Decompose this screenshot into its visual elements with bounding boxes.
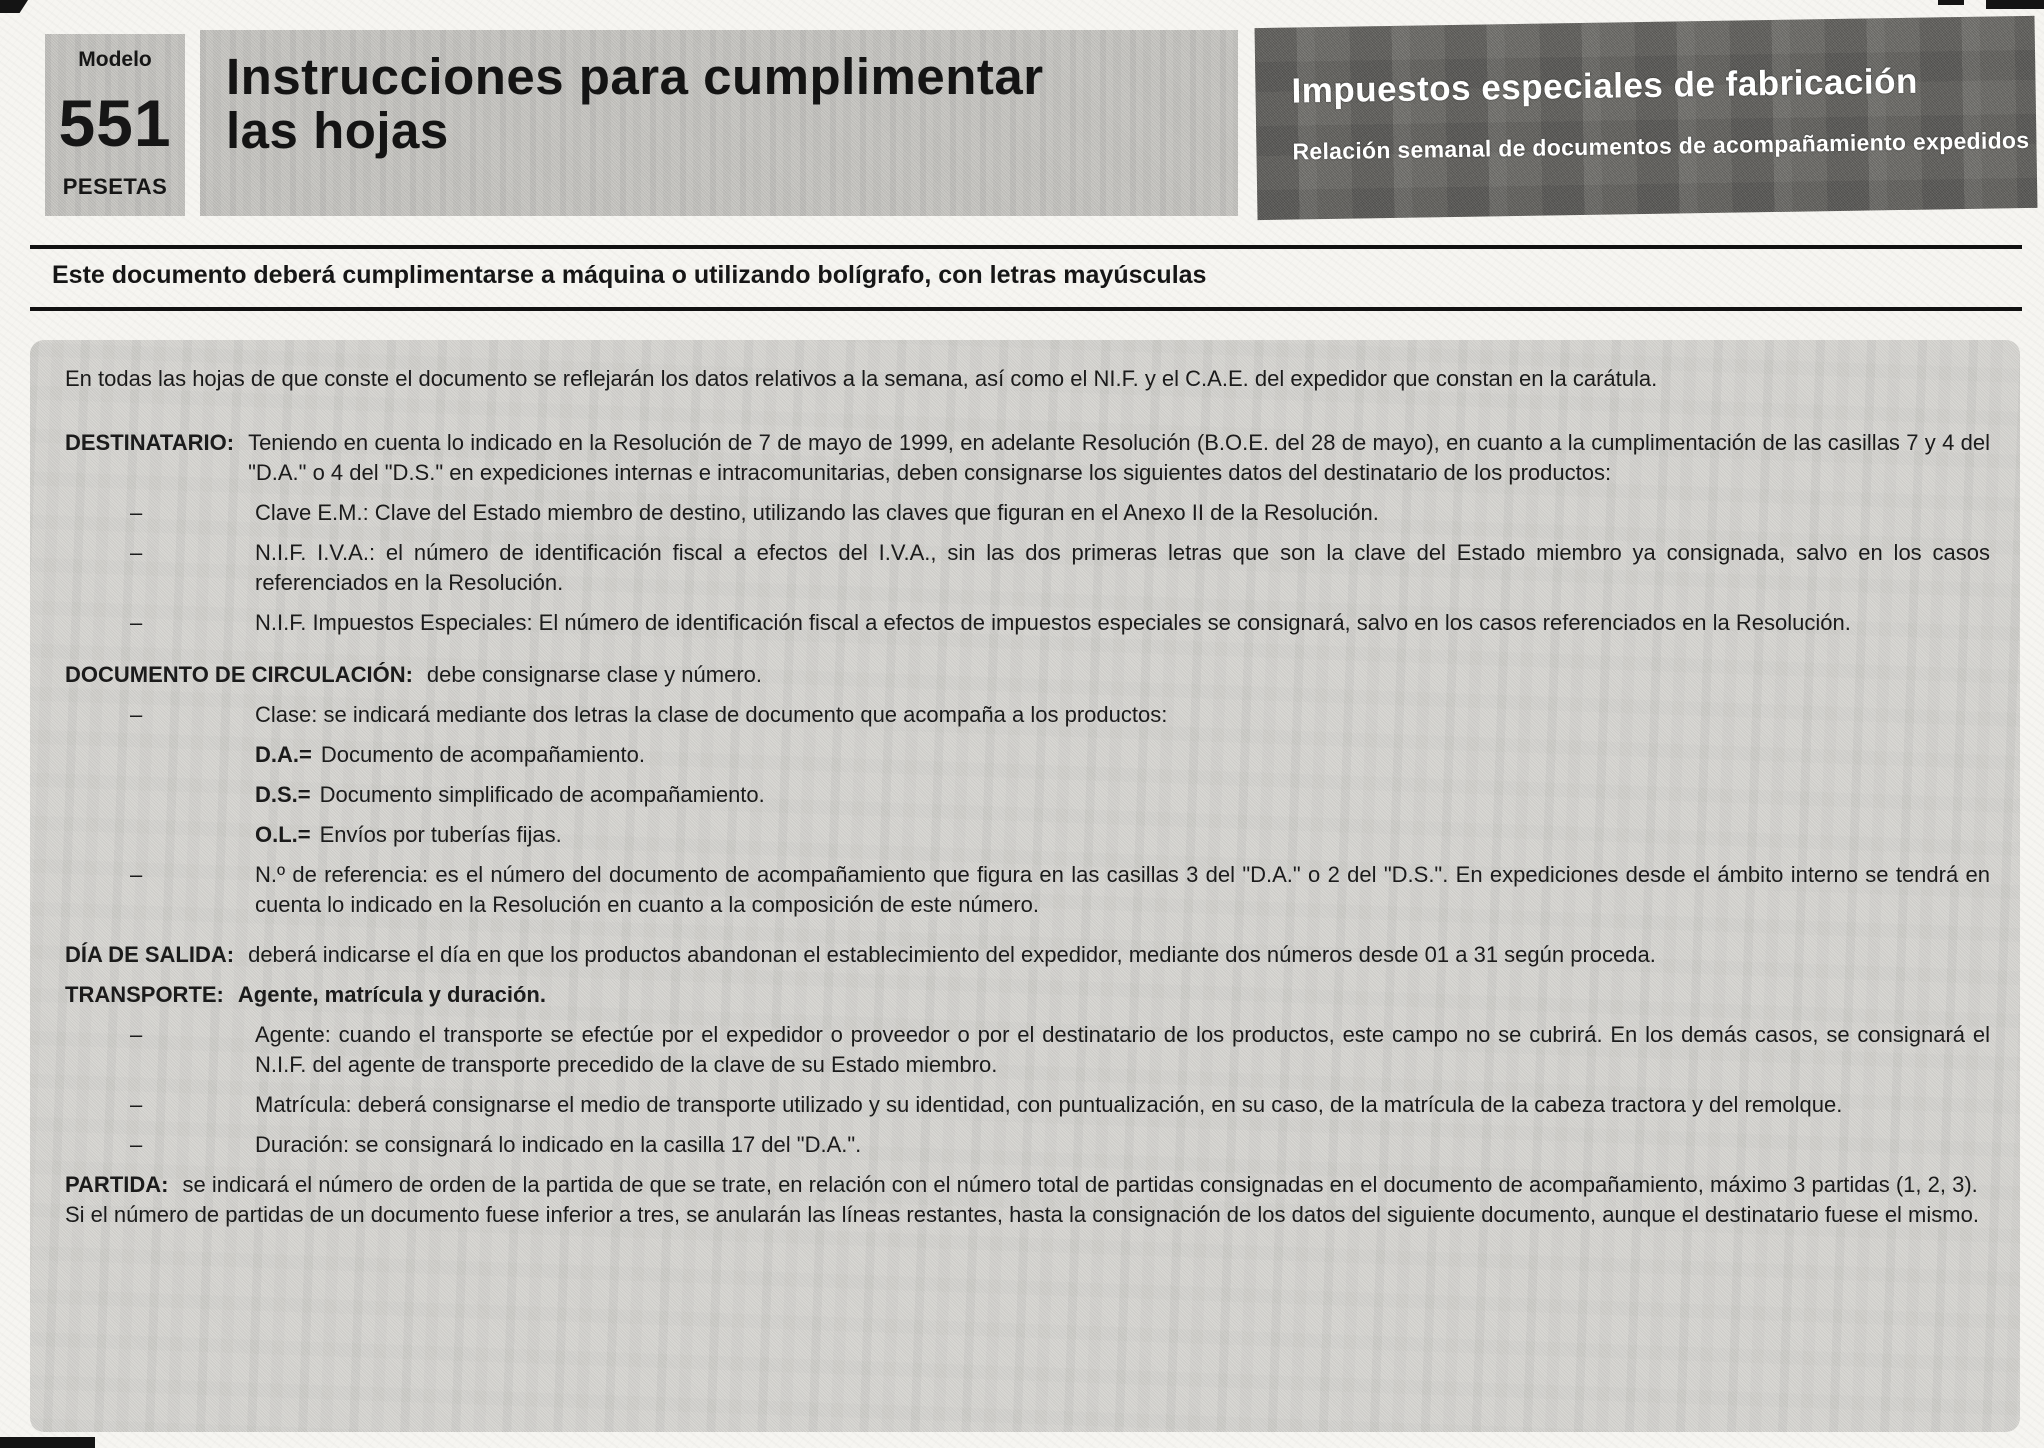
definition-da: D.A.=Documento de acompañamiento. xyxy=(255,740,1990,770)
bullet-text: N.I.F. I.V.A.: el número de identificaci… xyxy=(255,538,1990,598)
definition-ds: D.S.=Documento simplificado de acompañam… xyxy=(255,780,1990,810)
bullet-text: Clave E.M.: Clave del Estado miembro de … xyxy=(255,498,1990,528)
definition-term: O.L.= xyxy=(255,822,311,847)
section-label: TRANSPORTE: xyxy=(65,980,224,1010)
section-text: se indicará el número de orden de la par… xyxy=(182,1170,1990,1200)
bullet-matricula: – Matrícula: deberá consignarse el medio… xyxy=(130,1090,1990,1120)
section-documento-circulacion: DOCUMENTO DE CIRCULACIÓN: debe consignar… xyxy=(65,660,1990,690)
bullet-text: N.I.F. Impuestos Especiales: El número d… xyxy=(255,608,1990,638)
section-label: PARTIDA: xyxy=(65,1170,168,1200)
bullet-dash: – xyxy=(130,498,255,528)
divider-line-top xyxy=(30,245,2022,249)
section-text: Agente, matrícula y duración. xyxy=(238,980,1990,1010)
bullet-dash: – xyxy=(130,700,255,730)
tax-title: Impuestos especiales de fabricación xyxy=(1291,60,2036,112)
model-label: Modelo xyxy=(78,48,152,72)
bullet-duracion: – Duración: se consignará lo indicado en… xyxy=(130,1130,1990,1160)
tax-banner: Impuestos especiales de fabricación Rela… xyxy=(1255,16,2038,220)
bullet-dash: – xyxy=(130,1090,255,1120)
bullet-agente: – Agente: cuando el transporte se efectú… xyxy=(130,1020,1990,1080)
bullet-text: Duración: se consignará lo indicado en l… xyxy=(255,1130,1990,1160)
currency-label: PESETAS xyxy=(63,174,168,200)
scan-artifact-top-right-small xyxy=(1938,0,1964,5)
title-banner: Instrucciones para cumplimentar las hoja… xyxy=(200,30,1238,216)
bullet-clase: – Clase: se indicará mediante dos letras… xyxy=(130,700,1990,730)
section-label: DÍA DE SALIDA: xyxy=(65,940,234,970)
bullet-dash: – xyxy=(130,1130,255,1160)
bullet-dash: – xyxy=(130,608,255,638)
definition-term: D.A.= xyxy=(255,742,312,767)
divider-line-bottom xyxy=(30,307,2022,311)
model-number: 551 xyxy=(58,90,171,156)
definition-text: Documento de acompañamiento. xyxy=(321,742,645,767)
section-text: deberá indicarse el día en que los produ… xyxy=(248,940,1990,970)
definition-term: D.S.= xyxy=(255,782,311,807)
partida-continuation: Si el número de partidas de un documento… xyxy=(65,1200,1990,1230)
bullet-nif-impuestos: – N.I.F. Impuestos Especiales: El número… xyxy=(130,608,1990,638)
section-destinatario: DESTINATARIO: Teniendo en cuenta lo indi… xyxy=(65,428,1990,488)
bullet-text: Agente: cuando el transporte se efectúe … xyxy=(255,1020,1990,1080)
scan-artifact-bottom-left xyxy=(0,1437,95,1448)
bullet-text: N.º de referencia: es el número del docu… xyxy=(255,860,1990,920)
page-title: Instrucciones para cumplimentar las hoja… xyxy=(226,50,1106,158)
tax-subtitle: Relación semanal de documentos de acompa… xyxy=(1292,127,2036,166)
bullet-nif-iva: – N.I.F. I.V.A.: el número de identifica… xyxy=(130,538,1990,598)
bullet-dash: – xyxy=(130,1020,255,1080)
definition-ol: O.L.=Envíos por tuberías fijas. xyxy=(255,820,1990,850)
instructions-panel: En todas las hojas de que conste el docu… xyxy=(30,340,2020,1432)
section-dia-de-salida: DÍA DE SALIDA: deberá indicarse el día e… xyxy=(65,940,1990,970)
bullet-dash: – xyxy=(130,538,255,598)
scan-artifact-top-left xyxy=(0,0,28,13)
bullet-text: Matrícula: deberá consignarse el medio d… xyxy=(255,1090,1990,1120)
definition-text: Envíos por tuberías fijas. xyxy=(320,822,562,847)
section-label: DESTINATARIO: xyxy=(65,428,234,488)
section-partida: PARTIDA: se indicará el número de orden … xyxy=(65,1170,1990,1200)
scan-artifact-top-right xyxy=(1986,0,2044,9)
section-text: Teniendo en cuenta lo indicado en la Res… xyxy=(248,428,1990,488)
model-box: Modelo 551 PESETAS xyxy=(45,34,185,216)
bullet-numero-referencia: – N.º de referencia: es el número del do… xyxy=(130,860,1990,920)
bullet-dash: – xyxy=(130,860,255,920)
section-text: debe consignarse clase y número. xyxy=(427,660,1990,690)
bullet-text: Clase: se indicará mediante dos letras l… xyxy=(255,700,1990,730)
fill-instructions-notice: Este documento deberá cumplimentarse a m… xyxy=(52,261,1952,290)
bullet-clave-em: – Clave E.M.: Clave del Estado miembro d… xyxy=(130,498,1990,528)
definition-text: Documento simplificado de acompañamiento… xyxy=(320,782,765,807)
intro-paragraph: En todas las hojas de que conste el docu… xyxy=(65,364,1990,394)
section-transporte: TRANSPORTE: Agente, matrícula y duración… xyxy=(65,980,1990,1010)
section-label: DOCUMENTO DE CIRCULACIÓN: xyxy=(65,660,413,690)
